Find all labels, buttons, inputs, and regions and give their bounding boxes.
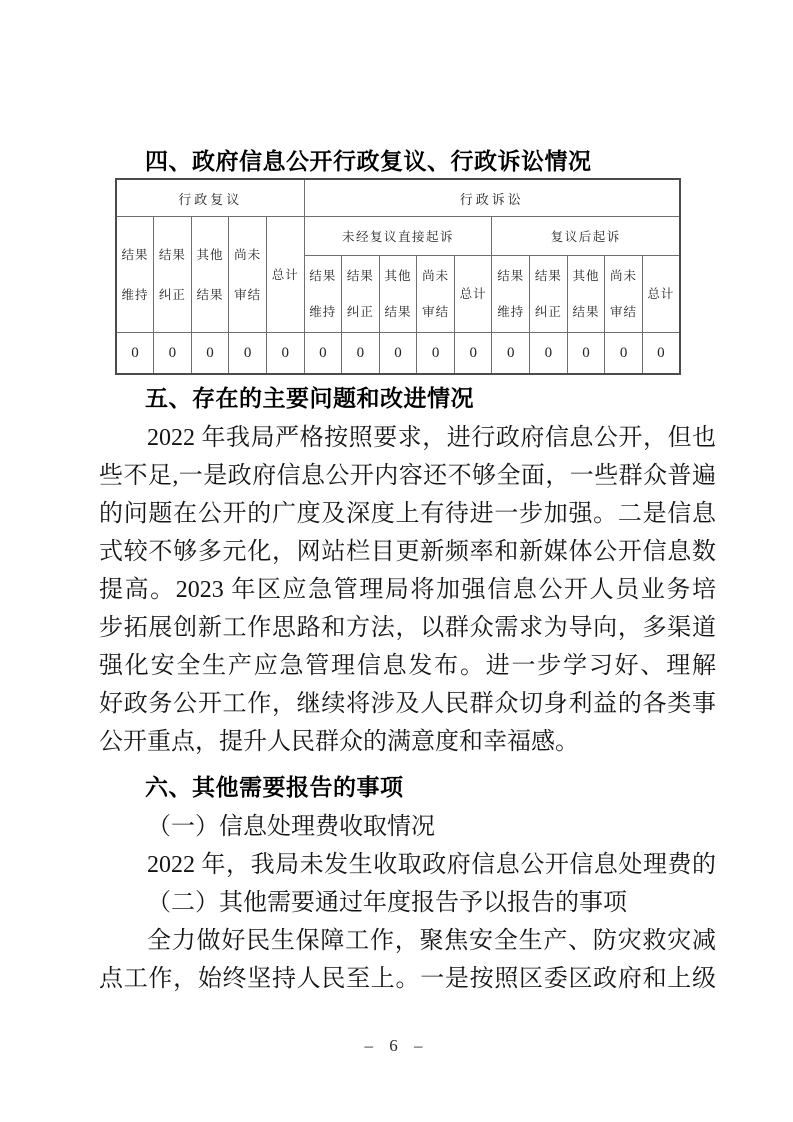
paragraph-line: 公开重点，提升人民群众的满意度和幸福感。 (99, 723, 716, 761)
table-subgroup-header-row: 结果 维持 结果 纠正 其他 结果 尚未 审结 总计 未经复议直接起诉 复议后起… (116, 217, 680, 256)
table-col-header-other-result: 其他 结果 (379, 256, 417, 333)
table-group-header-row: 行政复议 行政诉讼 (116, 179, 680, 217)
table-header-admin-litigation: 行政诉讼 (304, 179, 680, 217)
paragraph-line: 些不足,一是政府信息公开内容还不够全面，一些群众普遍关心 (99, 457, 716, 495)
table-col-header-other-result: 其他 结果 (567, 256, 605, 333)
table-col-header-pending: 尚未 审结 (605, 256, 643, 333)
table-header-post-review-lawsuit: 复议后起诉 (492, 217, 680, 256)
admin-review-litigation-table: 行政复议 行政诉讼 结果 维持 结果 纠正 其他 结果 尚未 审结 总计 未经复… (115, 178, 681, 375)
section-5-heading: 五、存在的主要问题和改进情况 (99, 382, 716, 414)
paragraph-line: 强化安全生产应急管理信息发布。进一步学习好、理解好、运用 (99, 647, 716, 685)
table-col-header-result-corrected: 结果 纠正 (530, 256, 568, 333)
paragraph-line: 式较不够多元化，网站栏目更新频率和新媒体公开信息数量有待 (99, 533, 716, 571)
table-value-cell: 0 (379, 333, 417, 375)
paragraph-line: 好政务公开工作，继续将涉及人民群众切身利益的各类事项作为 (99, 685, 716, 723)
table-value-cell: 0 (266, 333, 304, 375)
table-col-header-result-upheld: 结果 维持 (492, 256, 530, 333)
table-col-header-other-result: 其他 结果 (191, 217, 229, 333)
table-col-header-result-corrected: 结果 纠正 (342, 256, 380, 333)
subsection-1-heading: （一）信息处理费收取情况 (99, 808, 716, 846)
table-col-header-pending: 尚未 审结 (229, 217, 267, 333)
table-value-cell: 0 (454, 333, 492, 375)
table-value-cell: 0 (530, 333, 568, 375)
page-content: 四、政府信息公开行政复议、行政诉讼情况 行政复议 行政诉讼 结果 维持 结果 纠… (99, 0, 716, 998)
table-value-cell: 0 (642, 333, 680, 375)
table-header-direct-lawsuit: 未经复议直接起诉 (304, 217, 492, 256)
paragraph-line: 的问题在公开的广度及深度上有待进一步加强。二是信息公开形 (99, 495, 716, 533)
section-5-body: 2022 年我局严格按照要求，进行政府信息公开，但也存在一 些不足,一是政府信息… (99, 419, 716, 761)
section-4-heading: 四、政府信息公开行政复议、行政诉讼情况 (99, 145, 716, 177)
page-number: – 6 – (0, 1036, 793, 1056)
paragraph-line: 2022 年我局严格按照要求，进行政府信息公开，但也存在一 (99, 419, 716, 457)
table-header-admin-review: 行政复议 (116, 179, 304, 217)
table-value-cell: 0 (229, 333, 267, 375)
paragraph-line: 全力做好民生保障工作，聚焦安全生产、防灾救灾减灾等重 (99, 922, 716, 960)
table-value-cell: 0 (304, 333, 342, 375)
table-value-cell: 0 (154, 333, 192, 375)
table-value-cell: 0 (191, 333, 229, 375)
table-col-header-pending: 尚未 审结 (417, 256, 455, 333)
table-value-cell: 0 (605, 333, 643, 375)
paragraph-line: 提高。2023 年区应急管理局将加强信息公开人员业务培训，进一 (99, 571, 716, 609)
paragraph-line: 步拓展创新工作思路和方法，以群众需求为导向，多渠道多角度 (99, 609, 716, 647)
section-6-heading: 六、其他需要报告的事项 (99, 771, 716, 803)
table-value-cell: 0 (492, 333, 530, 375)
table-values-row: 0 0 0 0 0 0 0 0 0 0 0 0 0 0 0 (116, 333, 680, 375)
section-6-body: （一）信息处理费收取情况 2022 年，我局未发生收取政府信息公开信息处理费的情… (99, 808, 716, 998)
paragraph-line: 2022 年，我局未发生收取政府信息公开信息处理费的情况。 (99, 846, 716, 884)
table-col-header-total: 总计 (454, 256, 492, 333)
table-value-cell: 0 (116, 333, 154, 375)
document-page: 四、政府信息公开行政复议、行政诉讼情况 行政复议 行政诉讼 结果 维持 结果 纠… (0, 0, 793, 1122)
table-value-cell: 0 (342, 333, 380, 375)
subsection-2-heading: （二）其他需要通过年度报告予以报告的事项 (99, 884, 716, 922)
table-value-cell: 0 (567, 333, 605, 375)
table-value-cell: 0 (417, 333, 455, 375)
paragraph-line: 点工作，始终坚持人民至上。一是按照区委区政府和上级主管部 (99, 960, 716, 998)
table-col-header-total: 总计 (642, 256, 680, 333)
table-col-header-result-corrected: 结果 纠正 (154, 217, 192, 333)
table-col-header-total: 总计 (266, 217, 304, 333)
table-col-header-result-upheld: 结果 维持 (304, 256, 342, 333)
table-col-header-result-upheld: 结果 维持 (116, 217, 154, 333)
